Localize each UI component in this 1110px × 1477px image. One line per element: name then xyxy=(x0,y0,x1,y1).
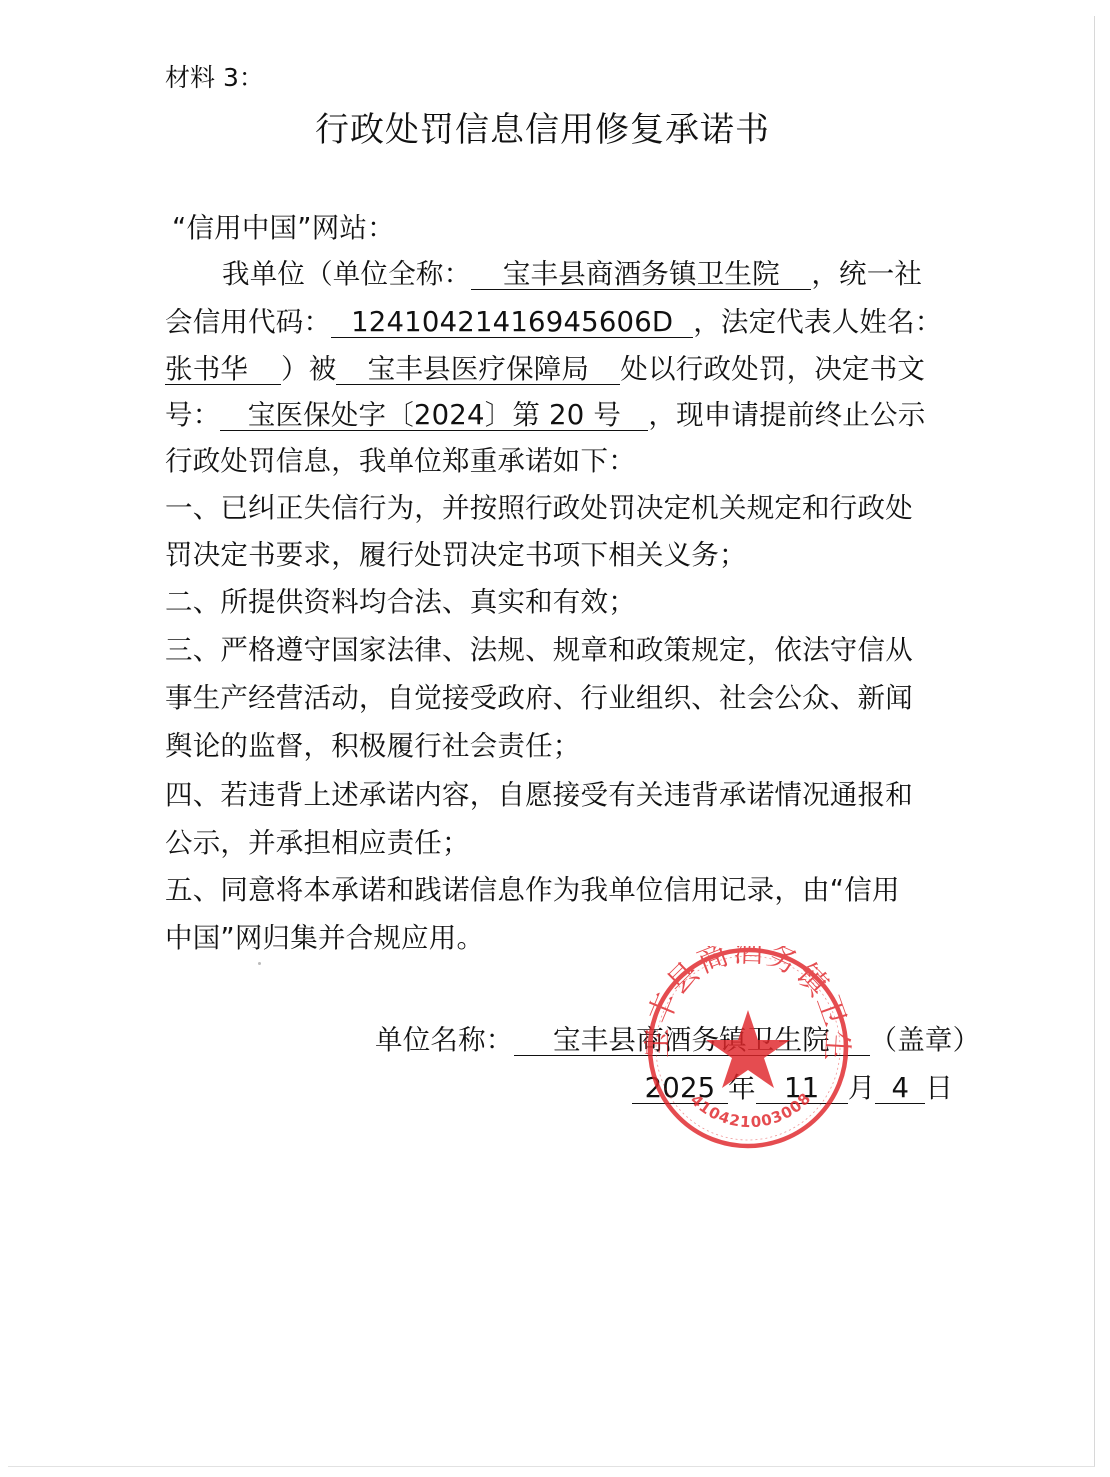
commitment-2-line-1: 二、所提供资料均合法、真实和有效； xyxy=(165,584,636,620)
day-unit: 日 xyxy=(925,1072,953,1104)
year-field: 2025 xyxy=(632,1073,728,1104)
salutation: “信用中国”网站： xyxy=(172,210,395,246)
scan-speck xyxy=(258,962,261,965)
request-text: ，现申请提前终止公示 xyxy=(648,399,925,431)
commitment-1-line-2: 罚决定书要求，履行处罚决定书项下相关义务； xyxy=(165,537,747,573)
credit-code-field: 12410421416945606D xyxy=(331,307,693,338)
commitment-5-line-1: 五、同意将本承诺和践诺信息作为我单位信用记录，由“信用 xyxy=(165,872,900,908)
decision-number-label: 号： xyxy=(165,399,220,431)
credit-code-label: 会信用代码： xyxy=(165,306,331,338)
unit-name-field: 宝丰县商酒务镇卫生院 xyxy=(514,1025,870,1056)
date-line: 2025年11月4日 xyxy=(632,1070,953,1106)
commitment-3-line-1: 三、严格遵守国家法律、法规、规章和政策规定，依法守信从 xyxy=(165,632,913,668)
material-label: 材料 3： xyxy=(165,60,264,96)
legal-representative-field: 张书华 xyxy=(165,354,281,385)
penalty-text: 处以行政处罚，决定书文 xyxy=(620,353,925,385)
year-unit: 年 xyxy=(728,1072,756,1104)
intro-line-2: 会信用代码：12410421416945606D，法定代表人姓名： xyxy=(165,304,943,340)
unit-name-label: 单位名称： xyxy=(375,1024,514,1056)
intro-line-5: 行政处罚信息，我单位郑重承诺如下： xyxy=(165,443,636,479)
unit-full-name-field: 宝丰县商酒务镇卫生院 xyxy=(471,259,811,290)
intro-prefix: 我单位（单位全称： xyxy=(222,258,471,290)
commitment-4-line-2: 公示，并承担相应责任； xyxy=(165,825,470,861)
signature-line: 单位名称：宝丰县商酒务镇卫生院（盖章） xyxy=(375,1022,980,1058)
intro-suffix: ，统一社 xyxy=(811,258,922,290)
commitment-1-line-1: 一、已纠正失信行为，并按照行政处罚决定机关规定和行政处 xyxy=(165,490,913,526)
intro-line-3: 张书华）被宝丰县医疗保障局处以行政处罚，决定书文 xyxy=(165,351,925,387)
commitment-4-line-1: 四、若违背上述承诺内容，自愿接受有关违背承诺情况通报和 xyxy=(165,777,913,813)
decision-number-field: 宝医保处字〔2024〕第 20 号 xyxy=(220,400,648,431)
commitment-3-line-2: 事生产经营活动，自觉接受政府、行业组织、社会公众、新闻 xyxy=(165,680,913,716)
penalty-authority-field: 宝丰县医疗保障局 xyxy=(336,354,620,385)
commitment-5-line-2: 中国”网归集并合规应用。 xyxy=(165,920,484,956)
legal-rep-label: ，法定代表人姓名： xyxy=(693,306,942,338)
month-unit: 月 xyxy=(848,1072,876,1104)
intro-line-4: 号：宝医保处字〔2024〕第 20 号，现申请提前终止公示 xyxy=(165,397,925,433)
intro-line-1: 我单位（单位全称：宝丰县商酒务镇卫生院，统一社 xyxy=(222,256,922,292)
month-field: 11 xyxy=(756,1073,848,1104)
seal-note: （盖章） xyxy=(870,1024,981,1056)
day-field: 4 xyxy=(875,1073,925,1104)
document-title: 行政处罚信息信用修复承诺书 xyxy=(315,108,770,152)
commitment-3-line-3: 舆论的监督，积极履行社会责任； xyxy=(165,728,581,764)
penalized-by-text: ）被 xyxy=(281,353,336,385)
